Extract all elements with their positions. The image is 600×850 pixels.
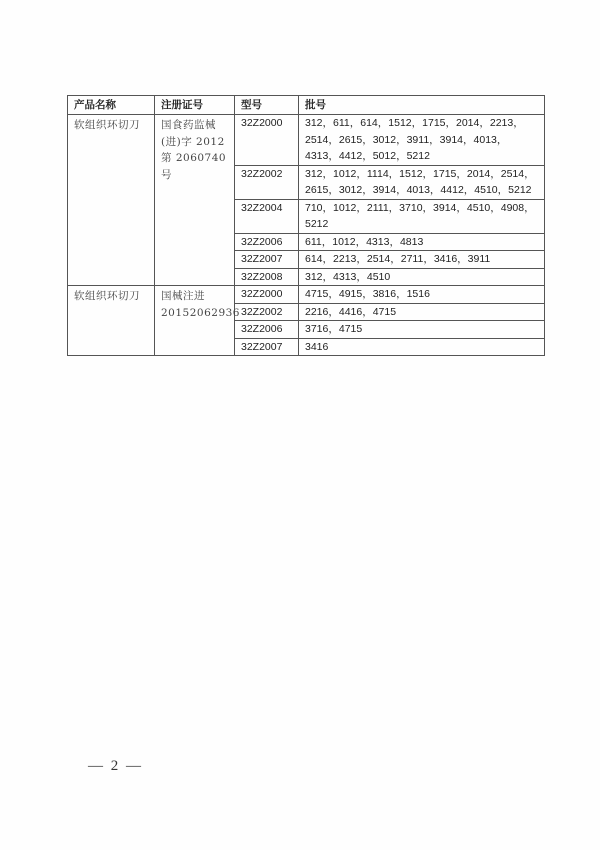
model-cell: 32Z2000 [235,115,299,166]
batch-cell: 312，1012，1114，1512，1715，2014，2514，2615，3… [299,165,545,199]
table-row: 软组织环切刀 国食药监械(进)字 2012 第 2060740 号 32Z200… [68,115,545,166]
registration-batch-table: 产品名称 注册证号 型号 批号 软组织环切刀 国食药监械(进)字 2012 第 … [67,95,545,356]
model-cell: 32Z2002 [235,165,299,199]
document-page: 产品名称 注册证号 型号 批号 软组织环切刀 国食药监械(进)字 2012 第 … [0,0,600,850]
batch-cell: 614，2213，2514，2711，3416，3911 [299,251,545,269]
product-name-cell: 软组织环切刀 [68,115,155,286]
table-row: 软组织环切刀 国械注进 20152062936 32Z2000 4715，491… [68,286,545,304]
model-cell: 32Z2007 [235,338,299,356]
batch-cell: 611，1012，4313，4813 [299,233,545,251]
batch-cell: 3716，4715 [299,321,545,339]
model-cell: 32Z2006 [235,233,299,251]
batch-cell: 4715，4915，3816，1516 [299,286,545,304]
registration-no-cell: 国食药监械(进)字 2012 第 2060740 号 [155,115,235,286]
product-name-cell: 软组织环切刀 [68,286,155,356]
model-cell: 32Z2008 [235,268,299,286]
model-cell: 32Z2004 [235,199,299,233]
model-cell: 32Z2007 [235,251,299,269]
model-cell: 32Z2006 [235,321,299,339]
header-product-name: 产品名称 [68,96,155,115]
model-cell: 32Z2000 [235,286,299,304]
registration-no-cell: 国械注进 20152062936 [155,286,235,356]
header-model: 型号 [235,96,299,115]
model-cell: 32Z2002 [235,303,299,321]
batch-cell: 3416 [299,338,545,356]
header-batch-no: 批号 [299,96,545,115]
batch-cell: 312，4313，4510 [299,268,545,286]
batch-cell: 710，1012，2111，3710，3914，4510，4908，5212 [299,199,545,233]
page-number: — 2 — [88,758,143,775]
batch-cell: 312，611，614，1512，1715，2014，2213，2514，261… [299,115,545,166]
batch-cell: 2216，4416，4715 [299,303,545,321]
table-header-row: 产品名称 注册证号 型号 批号 [68,96,545,115]
header-registration-no: 注册证号 [155,96,235,115]
